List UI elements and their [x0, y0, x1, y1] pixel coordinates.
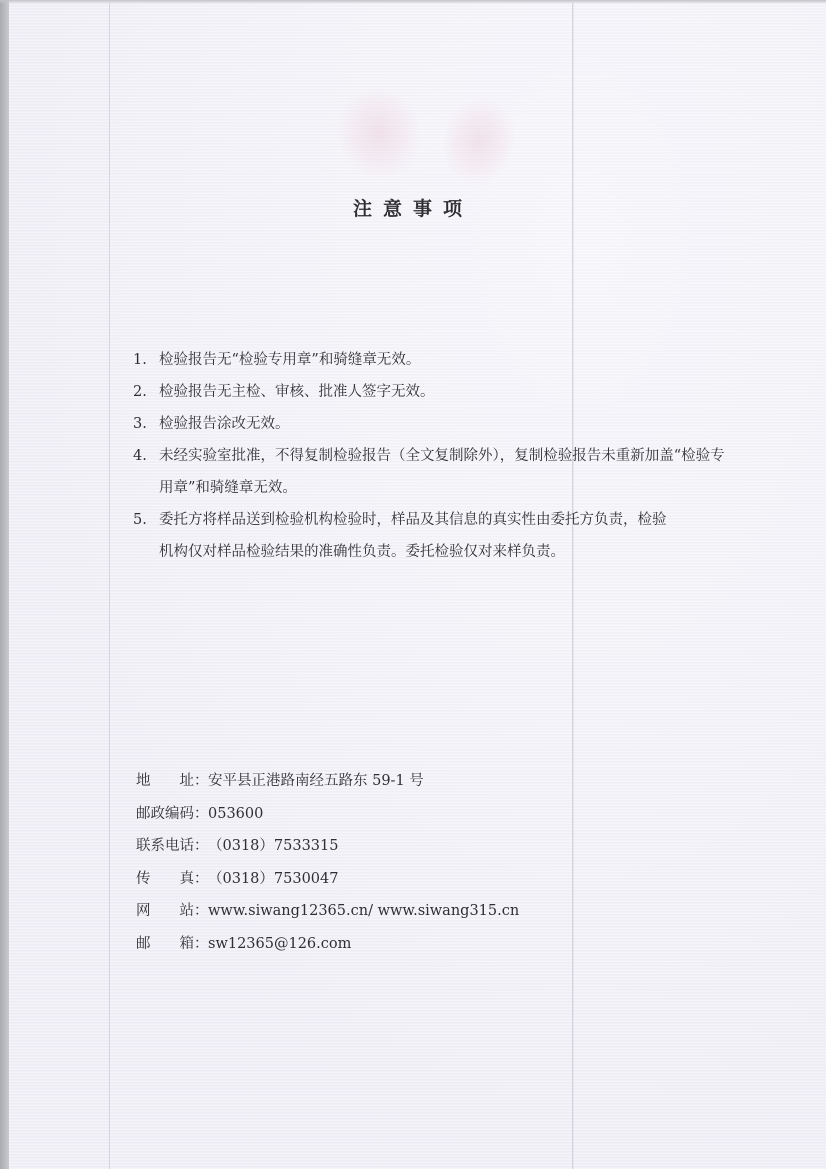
notice-item: 2. 检验报告无主检、审核、批准人签字无效。: [133, 376, 733, 408]
colon: ：: [194, 798, 208, 831]
colon: ：: [194, 830, 208, 863]
contact-label: 邮政编码: [136, 798, 194, 831]
paper-page: [9, 3, 826, 1169]
label-part: 传: [136, 863, 151, 896]
notice-number: 3.: [133, 408, 159, 440]
notice-text: 检验报告无主检、审核、批准人签字无效。: [159, 376, 733, 408]
page-title: 注意事项: [0, 194, 826, 221]
label-part: 地: [136, 765, 151, 798]
address-value: 安平县正港路南经五路东 59-1 号: [208, 765, 424, 798]
fax-value: （0318）7530047: [208, 863, 338, 896]
notice-item: 4. 未经实验室批准，不得复制检验报告（全文复制除外），复制检验报告未重新加盖“…: [133, 440, 733, 504]
notice-number: 4.: [133, 440, 159, 472]
notice-text: 检验报告无“检验专用章”和骑缝章无效。: [159, 344, 733, 376]
contact-website: 网 站 ： www.siwang12365.cn/ www.siwang315.…: [136, 895, 656, 928]
colon: ：: [194, 863, 208, 896]
website-value: www.siwang12365.cn/ www.siwang315.cn: [208, 895, 519, 928]
scanner-top-edge: [0, 0, 826, 4]
contact-label: 网 站: [136, 895, 194, 928]
fold-line: [572, 3, 574, 1169]
contact-phone: 联系电话 ： （0318）7533315: [136, 830, 656, 863]
contact-label: 地 址: [136, 765, 194, 798]
email-value: sw12365@126.com: [208, 928, 351, 961]
label-part: 址: [180, 765, 195, 798]
contact-email: 邮 箱 ： sw12365@126.com: [136, 928, 656, 961]
phone-value: （0318）7533315: [208, 830, 338, 863]
postcode-value: 053600: [208, 798, 263, 831]
label-part: 箱: [180, 928, 195, 961]
contact-fax: 传 真 ： （0318）7530047: [136, 863, 656, 896]
label-part: 真: [180, 863, 195, 896]
label-part: 网: [136, 895, 151, 928]
notice-list: 1. 检验报告无“检验专用章”和骑缝章无效。 2. 检验报告无主检、审核、批准人…: [133, 344, 733, 568]
margin-line: [109, 3, 110, 1169]
contact-postcode: 邮政编码 ： 053600: [136, 798, 656, 831]
label-part: 邮政编码: [136, 798, 194, 831]
stamp-bleed-mark: [331, 81, 428, 186]
contact-address: 地 址 ： 安平县正港路南经五路东 59-1 号: [136, 765, 656, 798]
contact-label: 联系电话: [136, 830, 194, 863]
colon: ：: [194, 928, 208, 961]
notice-text: 委托方将样品送到检验机构检验时，样品及其信息的真实性由委托方负责，检验机构仅对样…: [159, 504, 669, 568]
notice-item: 3. 检验报告涂改无效。: [133, 408, 733, 440]
notice-item: 5. 委托方将样品送到检验机构检验时，样品及其信息的真实性由委托方负责，检验机构…: [133, 504, 733, 568]
notice-number: 1.: [133, 344, 159, 376]
label-part: 联系电话: [136, 830, 194, 863]
notice-text: 检验报告涂改无效。: [159, 408, 733, 440]
notice-number: 2.: [133, 376, 159, 408]
notice-number: 5.: [133, 504, 159, 536]
label-part: 邮: [136, 928, 151, 961]
notice-text: 未经实验室批准，不得复制检验报告（全文复制除外），复制检验报告未重新加盖“检验专…: [159, 440, 727, 504]
scanner-border: [0, 0, 9, 1169]
notice-item: 1. 检验报告无“检验专用章”和骑缝章无效。: [133, 344, 733, 376]
contact-info: 地 址 ： 安平县正港路南经五路东 59-1 号 邮政编码 ： 053600 联…: [136, 765, 656, 961]
stamp-bleed-mark: [435, 91, 523, 190]
contact-label: 传 真: [136, 863, 194, 896]
contact-label: 邮 箱: [136, 928, 194, 961]
label-part: 站: [180, 895, 195, 928]
colon: ：: [194, 765, 208, 798]
colon: ：: [194, 895, 208, 928]
